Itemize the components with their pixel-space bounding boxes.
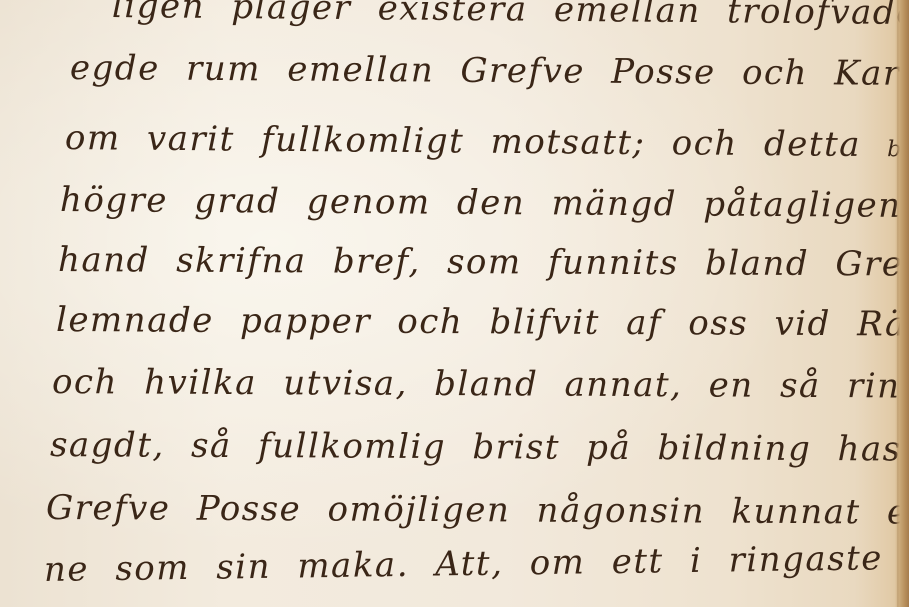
line-text: ligen pläger existera emellan trolofvade… (112, 0, 909, 35)
manuscript-line-5: hand skrifna bref, som funnits bland Gre… (58, 240, 909, 285)
manuscript-line-10: ne som sin maka. Att, om ett i ringaste … (44, 536, 909, 590)
line-text: högre grad genom den mängd påtagligen af (60, 180, 909, 226)
line-text: Grefve Posse omöjligen någonsin kunnat e… (46, 488, 909, 533)
line-text: om varit fullkomligt motsatt; och detta (65, 118, 861, 165)
manuscript-line-6: lemnade papper och blifvit af oss vid Rä… (56, 300, 909, 345)
manuscript-line-9: Grefve Posse omöjligen någonsin kunnat e… (46, 488, 909, 533)
line-text: sagdt, så fullkomlig brist på bildning h… (50, 425, 902, 469)
manuscript-line-8: sagdt, så fullkomlig brist på bildning h… (50, 425, 909, 470)
line-text: och hvilka utvisa, bland annat, en så ri… (52, 362, 909, 407)
line-text: ne som sin maka. Att, om ett i ringaste (44, 538, 883, 590)
manuscript-line-3: om varit fullkomligt motsatt; och detta … (65, 118, 909, 166)
manuscript-line-7: och hvilka utvisa, bland annat, en så ri… (52, 362, 909, 407)
book-binding-gutter (895, 0, 909, 607)
manuscript-line-1: ligen pläger existera emellan trolofvade… (112, 0, 909, 35)
line-text: lemnade papper och blifvit af oss vid Rä… (56, 300, 909, 345)
manuscript-page: ligen pläger existera emellan trolofvade… (0, 0, 909, 607)
line-text: egde rum emellan Grefve Posse och Karand… (70, 48, 909, 95)
line-text: hand skrifna bref, som funnits bland Gre… (58, 240, 909, 285)
manuscript-line-2: egde rum emellan Grefve Posse och Karand… (70, 48, 909, 95)
manuscript-line-4: högre grad genom den mängd påtagligen af… (60, 180, 909, 227)
